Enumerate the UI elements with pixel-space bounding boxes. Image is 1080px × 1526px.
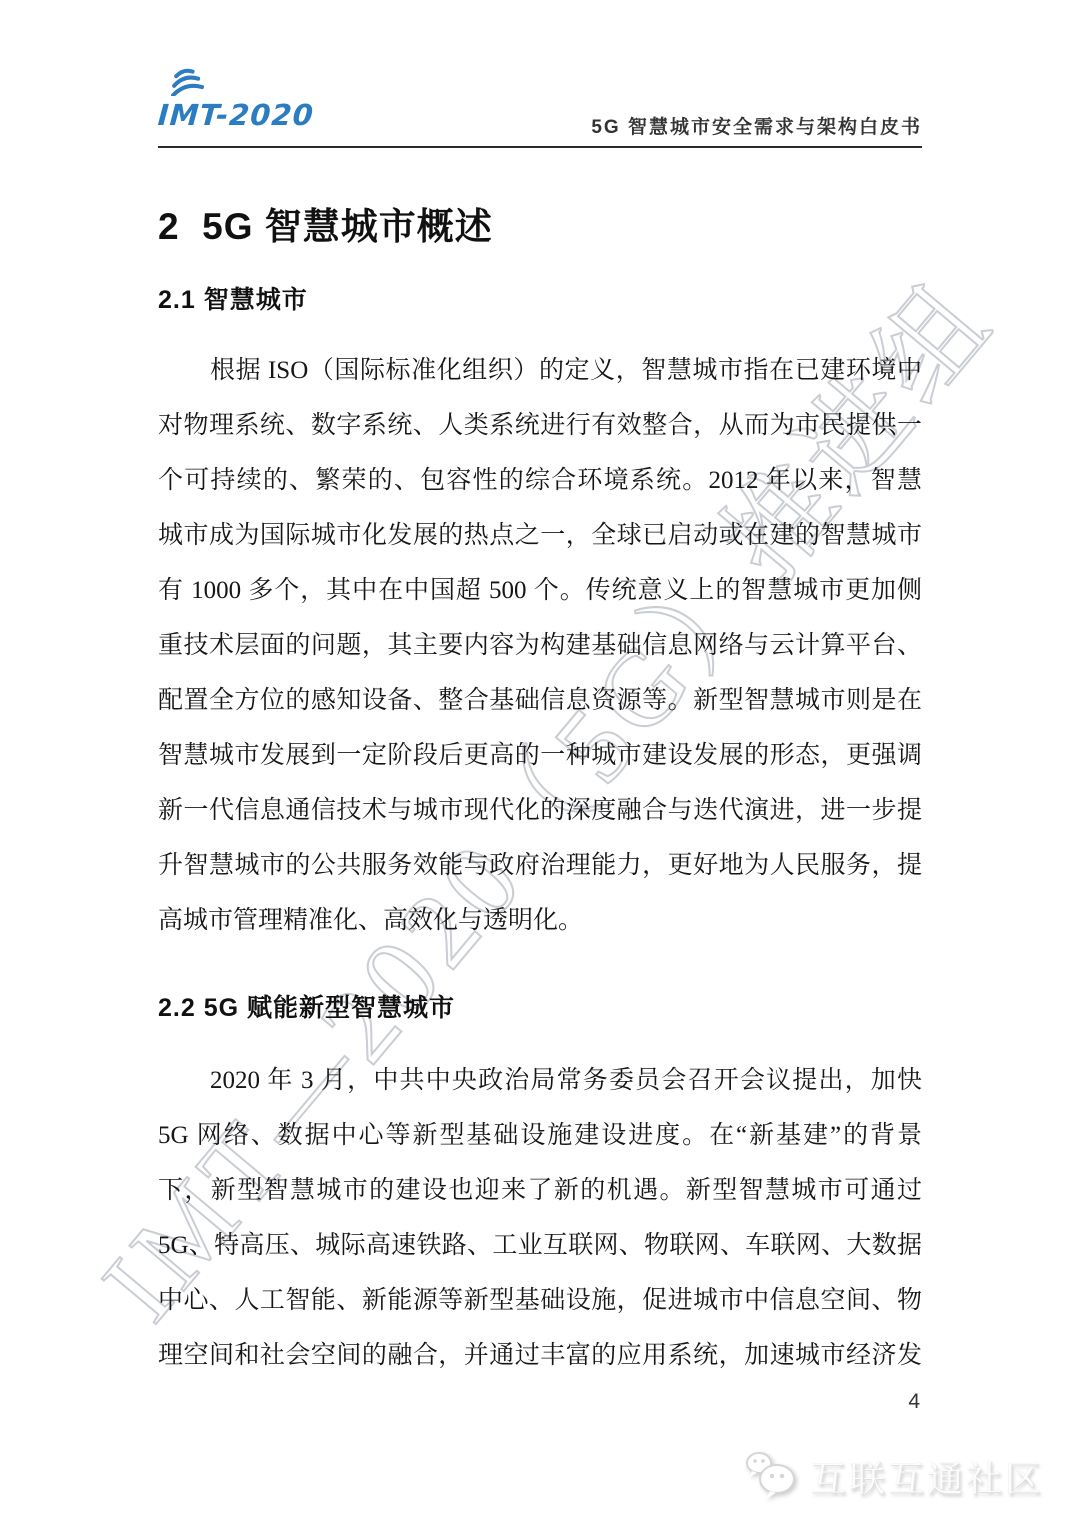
body-line: 下，新型智慧城市的建设也迎来了新的机遇。新型智慧城市可通过	[158, 1163, 922, 1218]
section-heading-2-1: 2.1 智慧城市	[158, 280, 308, 316]
footer-brand: 互联互通社区	[742, 1448, 1044, 1504]
body-line: 有 1000 多个，其中在中国超 500 个。传统意义上的智慧城市更加侧	[158, 563, 922, 618]
chapter-heading: 2 5G 智慧城市概述	[158, 196, 493, 250]
imt2020-logo: IMT-2020	[158, 62, 328, 136]
body-line: 理空间和社会空间的融合，并通过丰富的应用系统，加速城市经济发	[158, 1328, 922, 1383]
body-line: 升智慧城市的公共服务效能与政府治理能力，更好地为人民服务，提	[158, 838, 922, 893]
running-head-title: 5G 智慧城市安全需求与架构白皮书	[591, 112, 922, 139]
wifi-signal-icon	[160, 62, 214, 96]
body-line: 5G、特高压、城际高速铁路、工业互联网、物联网、车联网、大数据	[158, 1218, 922, 1273]
body-line: 个可持续的、繁荣的、包容性的综合环境系统。2012 年以来，智慧	[158, 453, 922, 508]
body-line: 5G 网络、数据中心等新型基础设施建设进度。在“新基建”的背景	[158, 1108, 922, 1163]
paragraph-2-1: 根据 ISO（国际标准化组织）的定义，智慧城市指在已建环境中 对物理系统、数字系…	[158, 343, 922, 948]
body-line: 城市成为国际城市化发展的热点之一，全球已启动或在建的智慧城市	[158, 508, 922, 563]
body-line: 智慧城市发展到一定阶段后更高的一种城市建设发展的形态，更强调	[158, 728, 922, 783]
body-line: 对物理系统、数字系统、人类系统进行有效整合，从而为市民提供一	[158, 398, 922, 453]
footer-brand-text: 互联互通社区	[810, 1451, 1044, 1502]
body-line: 根据 ISO（国际标准化组织）的定义，智慧城市指在已建环境中	[158, 343, 922, 398]
body-line: 配置全方位的感知设备、整合基础信息资源等。新型智慧城市则是在	[158, 673, 922, 728]
page-number: 4	[908, 1390, 920, 1414]
imt2020-logo-text: IMT-2020	[157, 98, 315, 132]
body-line: 高城市管理精准化、高效化与透明化。	[158, 893, 922, 948]
wechat-bubbles-icon	[742, 1448, 800, 1504]
document-page: IMT—2020（5G）推进组 IMT-2020 5G 智慧城市安全需求与架构白…	[0, 0, 1080, 1526]
header-rule	[158, 146, 922, 148]
body-line: 2020 年 3 月，中共中央政治局常务委员会召开会议提出，加快	[158, 1053, 922, 1108]
paragraph-2-2: 2020 年 3 月，中共中央政治局常务委员会召开会议提出，加快 5G 网络、数…	[158, 1053, 922, 1383]
body-line: 中心、人工智能、新能源等新型基础设施，促进城市中信息空间、物	[158, 1273, 922, 1328]
body-line: 新一代信息通信技术与城市现代化的深度融合与迭代演进，进一步提	[158, 783, 922, 838]
section-heading-2-2: 2.2 5G 赋能新型智慧城市	[158, 988, 455, 1024]
body-line: 重技术层面的问题，其主要内容为构建基础信息网络与云计算平台、	[158, 618, 922, 673]
